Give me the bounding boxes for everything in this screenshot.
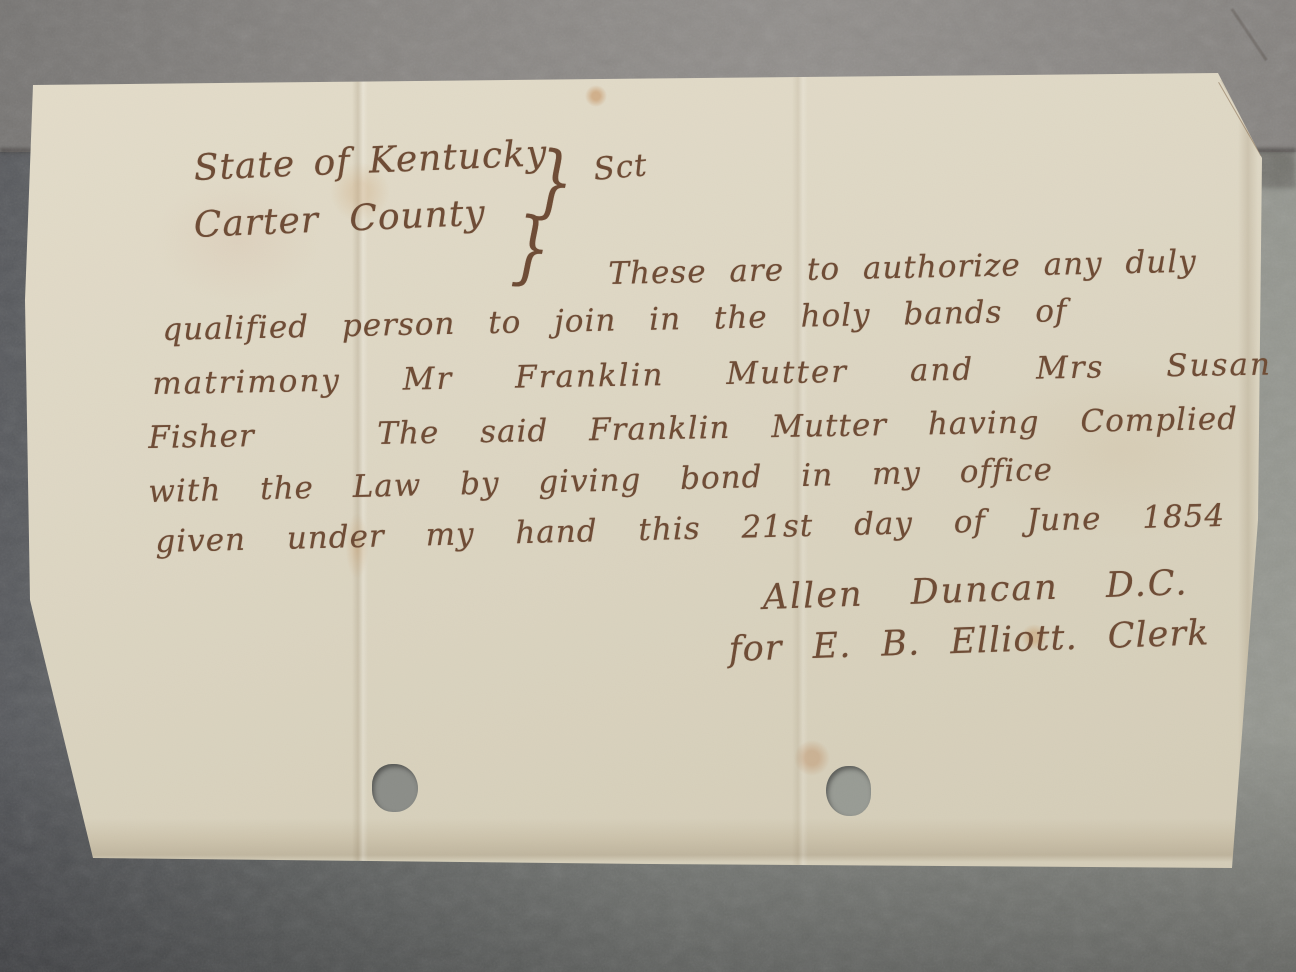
body-line-1: These are to authorize any duly: [608, 244, 1197, 292]
body-line-2: qualified person to join in the holy ban…: [162, 293, 1068, 348]
heading-state-line: State of Kentucky: [193, 133, 548, 189]
heading-brace-bottom: }: [510, 206, 552, 289]
signature-line-signer: Allen Duncan D.C.: [762, 563, 1189, 618]
body-line-3: matrimony Mr Franklin Mutter and Mrs Sus…: [152, 346, 1272, 402]
body-line-4: Fisher The said Franklin Mutter having C…: [148, 401, 1238, 456]
body-line-6: given under my hand this 21st day of Jun…: [155, 498, 1226, 560]
signature-line-clerk: for E. B. Elliott. Clerk: [728, 613, 1210, 670]
scene: State of Kentucky } Sct Carter County } …: [0, 0, 1296, 972]
document-text: State of Kentucky } Sct Carter County } …: [0, 0, 1296, 972]
heading-county-line: Carter County: [193, 193, 487, 246]
body-line-5: with the Law by giving bond in my office: [148, 452, 1053, 510]
heading-attestation-abbrev: Sct: [592, 147, 649, 188]
